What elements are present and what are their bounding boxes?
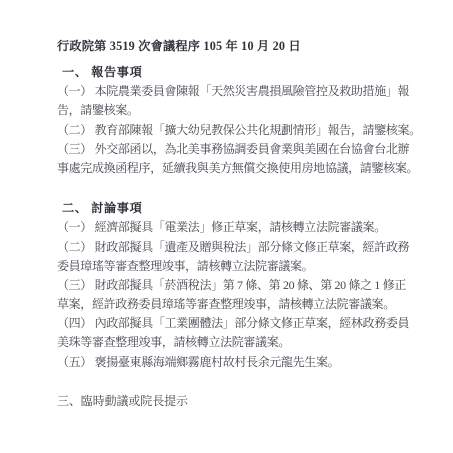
- agenda-item: （四） 內政部擬具「工業團體法」部分條文修正草案，經林政務委員 美珠等審查整理竣…: [57, 314, 422, 352]
- agenda-item-line: 草案，經許政務委員璋瑤等審查整理竣事，請核轉立法院審議案。: [57, 295, 422, 314]
- agenda-item-line: （五） 褒揚臺東縣海端鄉霧鹿村故村長余元龍先生案。: [57, 353, 422, 372]
- document-title: 行政院第 3519 次會議程序 105 年 10 月 20 日: [57, 37, 422, 56]
- agenda-item-line: （四） 內政部擬具「工業團體法」部分條文修正草案，經林政務委員: [57, 314, 422, 333]
- agenda-item: （三） 財政部擬具「菸酒稅法」第 7 條、第 20 條、第 20 條之 1 修正…: [57, 276, 422, 314]
- closing-section-line: 三、臨時動議或院長提示: [57, 392, 422, 411]
- agenda-item: （三） 外交部函以，為北美事務協調委員會業與美國在台協會台北辦 事處完成換函程序…: [57, 140, 422, 178]
- agenda-item-line: 美珠等審查整理竣事，請核轉立法院審議案。: [57, 333, 422, 352]
- agenda-item-line: （二） 教育部陳報「擴大幼兒教保公共化規劃情形」報告，請鑒核案。: [57, 121, 422, 140]
- agenda-item: （二） 財政部擬具「遺產及贈與稅法」部分條文修正草案，經許政務 委員璋瑤等審查整…: [57, 238, 422, 276]
- agenda-item-line: 事處完成換函程序，延續我與美方無償交換使用房地協議，請鑒核案。: [57, 159, 422, 178]
- agenda-item-line: 委員璋瑤等審查整理竣事，請核轉立法院審議案。: [57, 257, 422, 276]
- agenda-item: （一） 經濟部擬具「電業法」修正草案，請核轉立法院審議案。: [57, 218, 422, 237]
- agenda-document: 行政院第 3519 次會議程序 105 年 10 月 20 日 一、 報告事項 …: [57, 37, 422, 411]
- section-heading-discussion: 二、 討論事項: [62, 199, 422, 218]
- document-page: 行政院第 3519 次會議程序 105 年 10 月 20 日 一、 報告事項 …: [0, 0, 453, 453]
- agenda-item-line: （三） 財政部擬具「菸酒稅法」第 7 條、第 20 條、第 20 條之 1 修正: [57, 276, 422, 295]
- section-report: 一、 報告事項 （一） 本院農業委員會陳報「天然災害農損風險管控及救助措施」報 …: [57, 63, 422, 178]
- section-heading-report: 一、 報告事項: [62, 63, 422, 82]
- agenda-item-line: （二） 財政部擬具「遺產及贈與稅法」部分條文修正草案，經許政務: [57, 238, 422, 257]
- agenda-item: （五） 褒揚臺東縣海端鄉霧鹿村故村長余元龍先生案。: [57, 353, 422, 372]
- agenda-item-line: （三） 外交部函以，為北美事務協調委員會業與美國在台協會台北辦: [57, 140, 422, 159]
- agenda-item-line: 告，請鑒核案。: [57, 101, 422, 120]
- agenda-item: （二） 教育部陳報「擴大幼兒教保公共化規劃情形」報告，請鑒核案。: [57, 121, 422, 140]
- agenda-item-line: （一） 經濟部擬具「電業法」修正草案，請核轉立法院審議案。: [57, 218, 422, 237]
- agenda-item: （一） 本院農業委員會陳報「天然災害農損風險管控及救助措施」報 告，請鑒核案。: [57, 82, 422, 120]
- section-discussion: 二、 討論事項 （一） 經濟部擬具「電業法」修正草案，請核轉立法院審議案。 （二…: [57, 199, 422, 372]
- agenda-item-line: （一） 本院農業委員會陳報「天然災害農損風險管控及救助措施」報: [57, 82, 422, 101]
